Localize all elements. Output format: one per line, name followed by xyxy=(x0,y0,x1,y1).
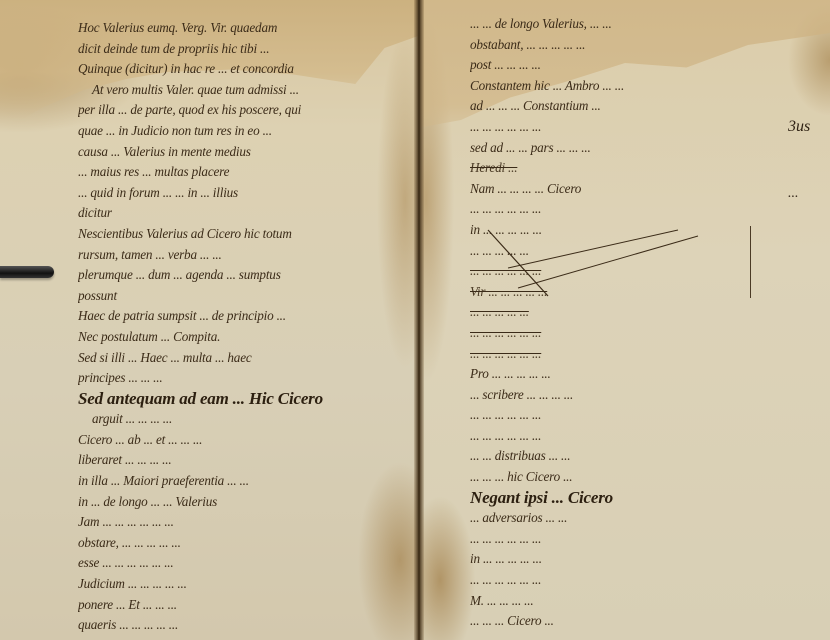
text-line: in illa ... Maiori praeferentia ... ... xyxy=(78,471,398,492)
text-line: ... scribere ... ... ... ... xyxy=(470,385,760,406)
text-line: M. ... ... ... ... xyxy=(470,591,760,612)
text-line: obstare, ... ... ... ... ... xyxy=(78,533,398,554)
text-line: in ... de longo ... ... Valerius xyxy=(78,492,398,513)
left-page: Hoc Valerius eumq. Verg. Vir. quaedam di… xyxy=(0,0,418,640)
text-line: ... maius res ... multas placere xyxy=(78,162,398,183)
text-line: sed ad ... ... pars ... ... ... xyxy=(470,138,760,159)
text-line: ... ... ... ... ... ... xyxy=(470,405,760,426)
bookmark-clip xyxy=(0,266,54,278)
struck-line: ... ... ... ... ... ... xyxy=(470,344,760,365)
text-line: Constantem hic ... Ambro ... ... xyxy=(470,76,760,97)
text-line: ... ... ... ... ... ... xyxy=(470,117,760,138)
text-line: arguit ... ... ... ... xyxy=(78,409,398,430)
manuscript-spread: Hoc Valerius eumq. Verg. Vir. quaedam di… xyxy=(0,0,830,640)
struck-line: ... ... ... ... ... ... xyxy=(470,323,760,344)
section-heading: Negant ipsi ... Cicero xyxy=(470,488,760,509)
text-line: Nec postulatum ... Compita. xyxy=(78,327,398,348)
text-line: ... ... ... ... ... ... xyxy=(470,529,760,550)
text-line: rursum, tamen ... verba ... ... xyxy=(78,245,398,266)
text-line: ... ... ... ... ... ... xyxy=(470,570,760,591)
text-line: Jam ... ... ... ... ... ... xyxy=(78,512,398,533)
text-line: quaeris ... ... ... ... ... xyxy=(78,615,398,636)
text-line: causa ... Valerius in mente medius xyxy=(78,142,398,163)
text-line: ... ... ... hic Cicero ... xyxy=(470,467,760,488)
text-line: Nam ... ... ... ... Cicero xyxy=(470,179,760,200)
section-heading: Sed antequam ad eam ... Hic Cicero xyxy=(78,389,398,410)
text-line: Quinque (dicitur) in hac re ... et conco… xyxy=(78,59,398,80)
cancellation-strokes xyxy=(478,228,708,298)
text-line: Hoc Valerius eumq. Verg. Vir. quaedam xyxy=(78,18,398,39)
text-line: ... ... distribuas ... ... xyxy=(470,446,760,467)
text-line: Heredi ... xyxy=(470,158,760,179)
book-gutter xyxy=(414,0,424,640)
margin-note: ... xyxy=(788,186,799,202)
right-page: ... ... de longo Valerius, ... ... obsta… xyxy=(420,0,830,640)
text-line: Haec de patria sumpsit ... de principio … xyxy=(78,306,398,327)
text-line: Pro ... ... ... ... ... xyxy=(470,364,760,385)
text-line: ... adversarios ... ... xyxy=(470,508,760,529)
left-page-text: Hoc Valerius eumq. Verg. Vir. quaedam di… xyxy=(78,18,398,636)
text-line: ponere ... Et ... ... ... xyxy=(78,595,398,616)
text-line: possunt xyxy=(78,286,398,307)
text-line: quae ... in Judicio non tum res in eo ..… xyxy=(78,121,398,142)
text-line: principes ... ... ... xyxy=(78,368,398,389)
text-line: At vero multis Valer. quae tum admissi .… xyxy=(78,80,398,101)
text-line: post ... ... ... ... xyxy=(470,55,760,76)
margin-note: 3us xyxy=(788,118,810,136)
text-line: Cicero ... ab ... et ... ... ... xyxy=(78,430,398,451)
text-line: Sed si illi ... Haec ... multa ... haec xyxy=(78,348,398,369)
text-line: Judicium ... ... ... ... ... xyxy=(78,574,398,595)
text-line: obstabant, ... ... ... ... ... xyxy=(470,35,760,56)
struck-line: ... ... ... ... ... xyxy=(470,302,760,323)
text-line: ... ... ... ... ... ... xyxy=(470,199,760,220)
text-line: dicit deinde tum de propriis hic tibi ..… xyxy=(78,39,398,60)
text-line: ... ... de longo Valerius, ... ... xyxy=(470,14,760,35)
text-line: dicitur xyxy=(78,203,398,224)
text-line: plerumque ... dum ... agenda ... sumptus xyxy=(78,265,398,286)
text-line: ... quid in forum ... ... in ... illius xyxy=(78,183,398,204)
text-line: ... ... ... Cicero ... xyxy=(470,611,760,632)
right-page-text: ... ... de longo Valerius, ... ... obsta… xyxy=(470,14,760,632)
text-line: per illa ... de parte, quod ex his posce… xyxy=(78,100,398,121)
text-line: ... ... ... ... ... ... xyxy=(470,426,760,447)
text-line: liberaret ... ... ... ... xyxy=(78,450,398,471)
text-line: in ... ... ... ... ... xyxy=(470,549,760,570)
text-line: ad ... ... ... Constantium ... xyxy=(470,96,760,117)
text-line: esse ... ... ... ... ... ... xyxy=(78,553,398,574)
text-line: Nescientibus Valerius ad Cicero hic totu… xyxy=(78,224,398,245)
